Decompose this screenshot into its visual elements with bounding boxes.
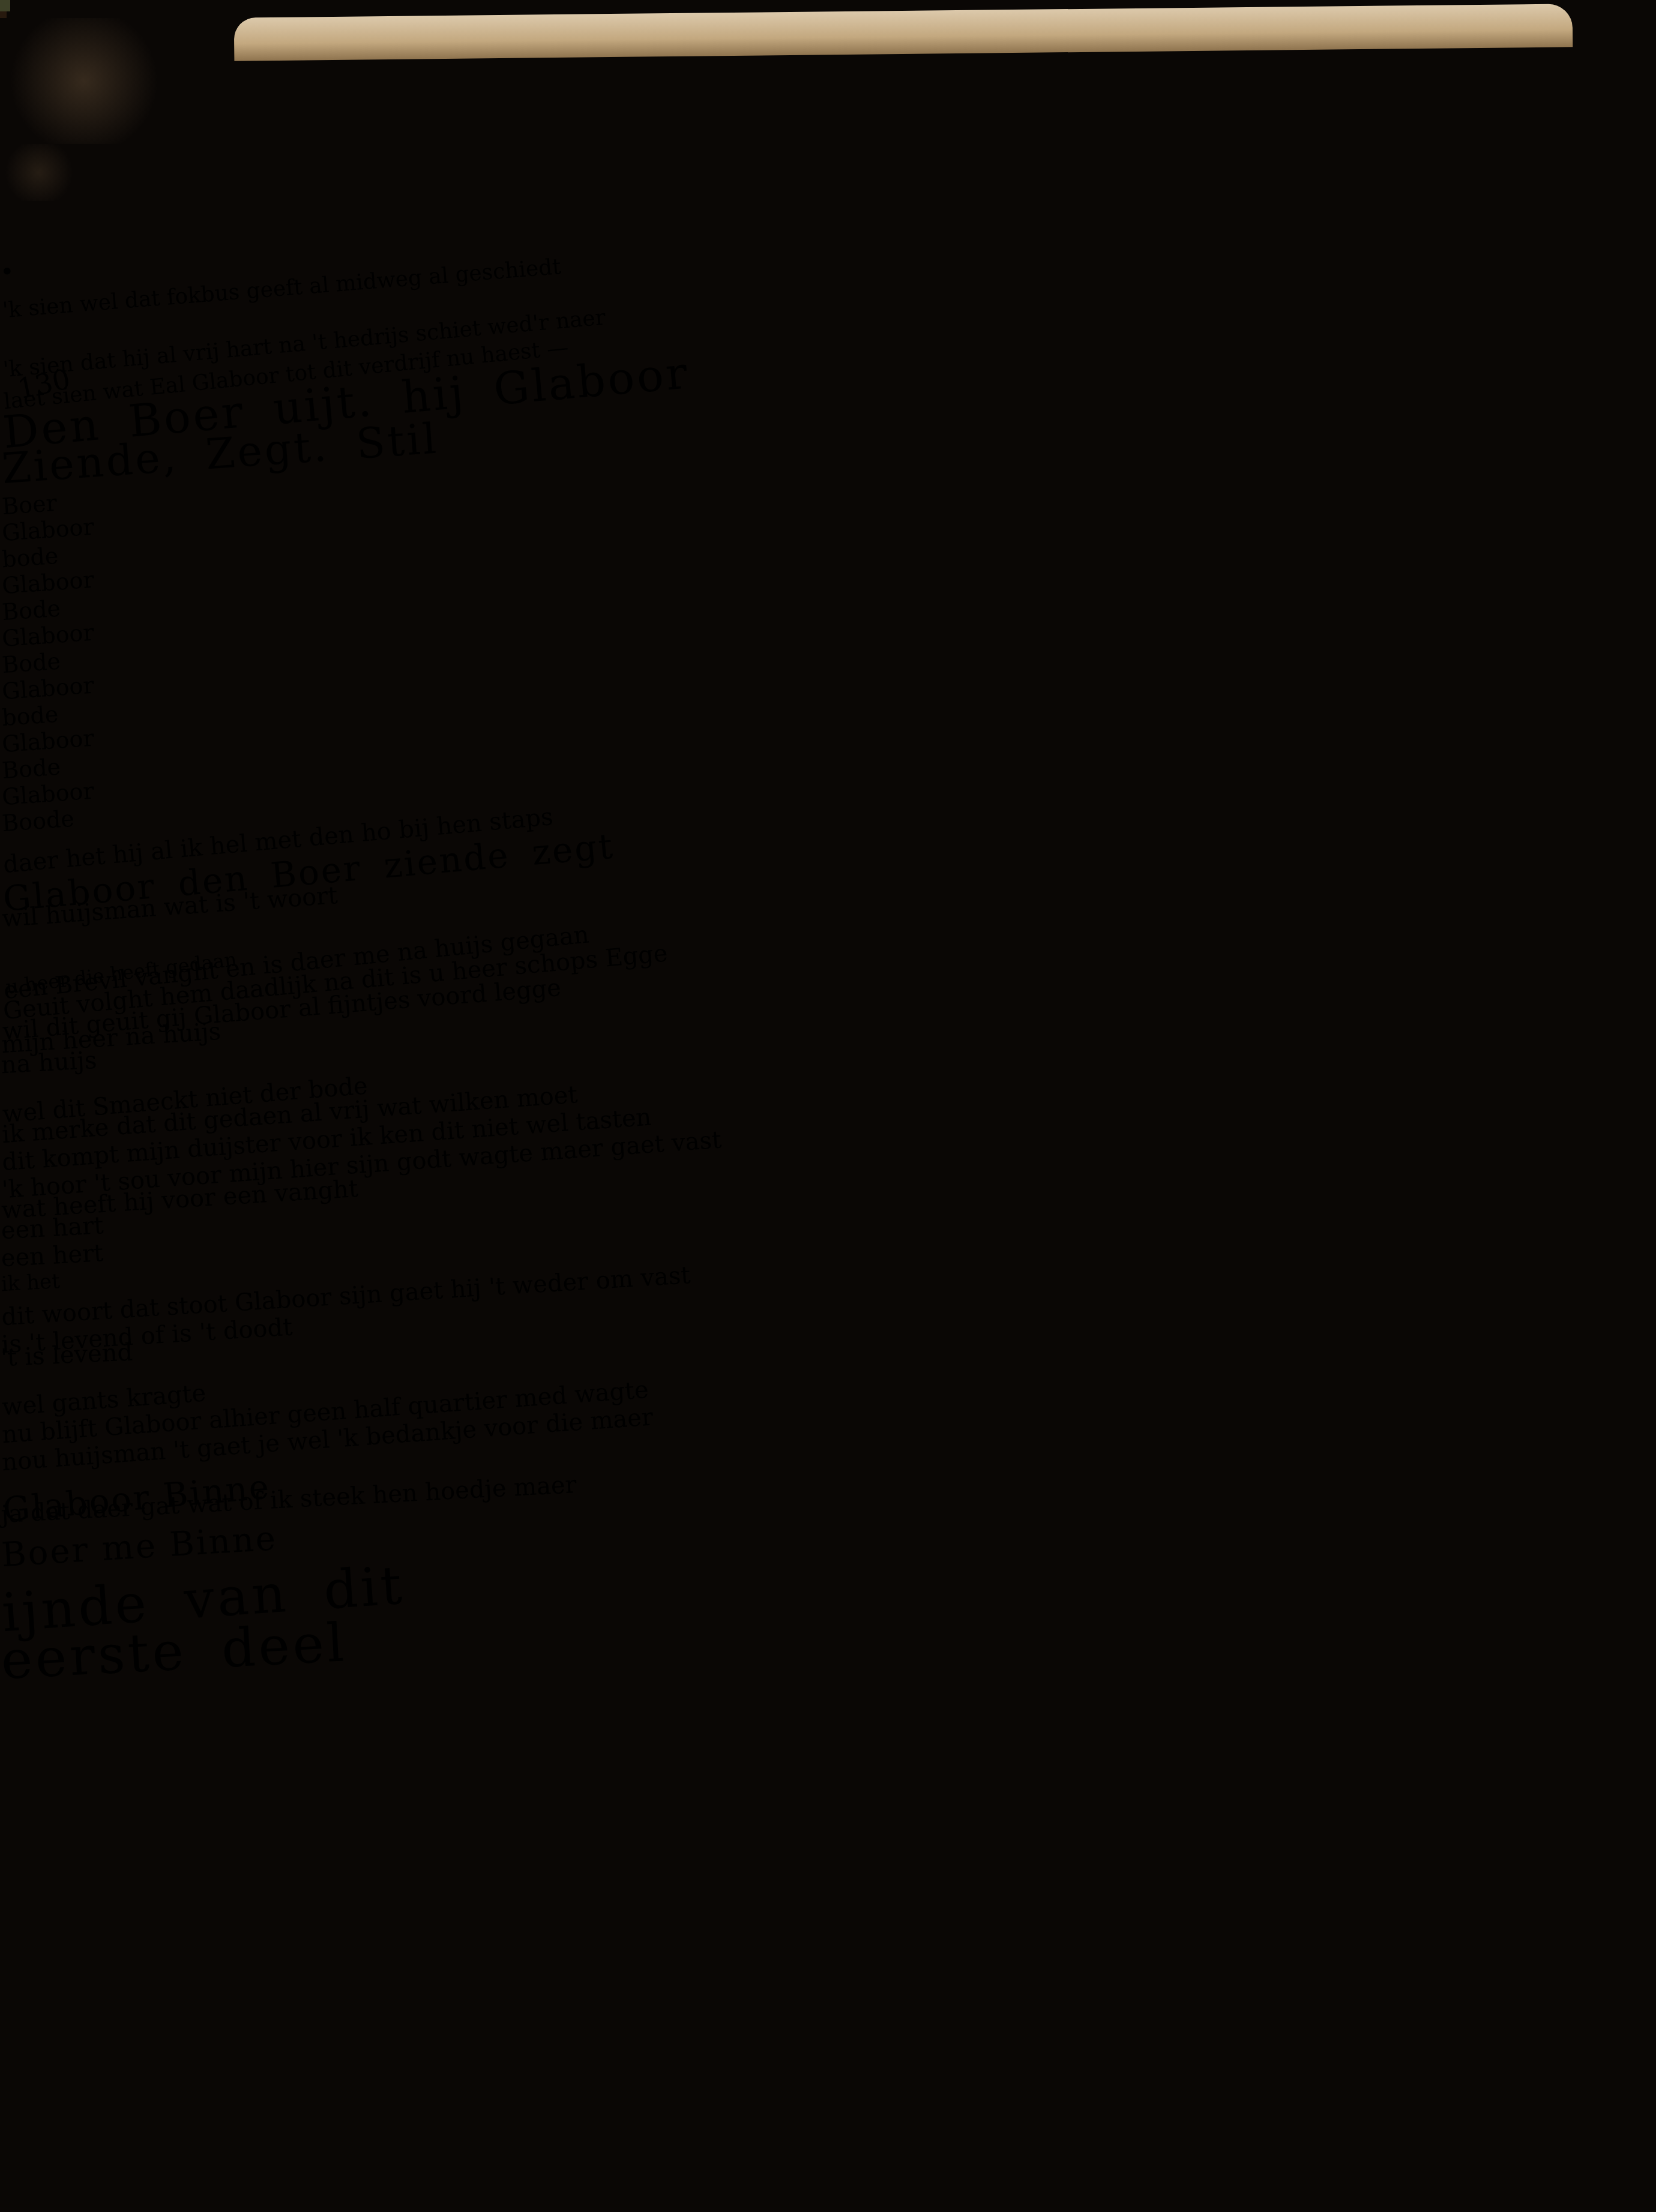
ink-speck [0, 0, 10, 11]
book-top-page-edges [234, 4, 1573, 61]
manuscript-photo: 130 'k sien wel dat fokbus geeft al midw… [0, 0, 1656, 2212]
struck-word: stoot [166, 1290, 227, 1321]
dark-speck [0, 11, 7, 18]
